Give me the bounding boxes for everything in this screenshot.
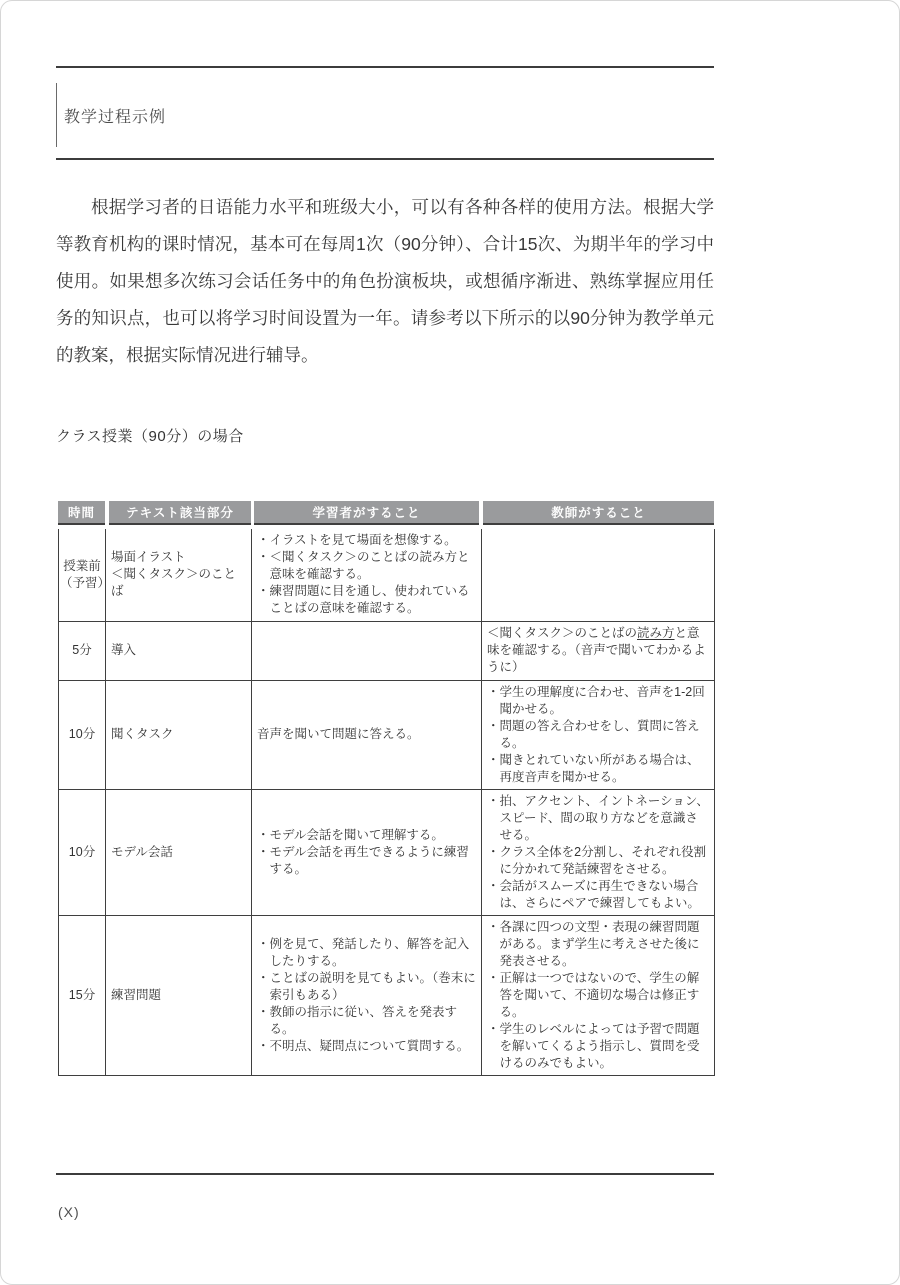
- table-row-practice-problems: 15分 練習問題 ・例を見て、発話したり、解答を記入したりする。・ことばの説明を…: [59, 915, 715, 1075]
- cell-teacher: ・拍、アクセント、イントネーション、スピード、間の取り方などを意識させる。・クラ…: [482, 789, 715, 915]
- title-under-rule: [56, 158, 714, 160]
- top-rule: [56, 66, 714, 68]
- cell-time: 10分: [59, 789, 106, 915]
- cell-teacher: ・各課に四つの文型・表現の練習問題がある。まず学生に考えさせた後に発表させる。・…: [482, 915, 715, 1075]
- cell-text-part: 練習問題: [106, 915, 252, 1075]
- cell-text-part: 場面イラスト＜聞くタスク＞のことば: [106, 529, 252, 621]
- cell-learner: ・イラストを見て場面を想像する。・＜聞くタスク＞のことばの読み方と意味を確認する…: [252, 529, 482, 621]
- footer-rule: [56, 1173, 714, 1175]
- cell-teacher: ・学生の理解度に合わせ、音声を1-2回聞かせる。・問題の答え合わせをし、質問に答…: [482, 680, 715, 789]
- cell-text-part: 導入: [106, 621, 252, 680]
- class-format-subtitle: クラス授業（90分）の場合: [56, 425, 244, 446]
- table-row-listening-task: 10分 聞くタスク 音声を聞いて問題に答える。 ・学生の理解度に合わせ、音声を1…: [59, 680, 715, 789]
- cell-text-part: 聞くタスク: [106, 680, 252, 789]
- table-header-row: 時間 テキスト該当部分 学習者がすること 教師がすること: [58, 501, 714, 525]
- cell-learner: 音声を聞いて問題に答える。: [252, 680, 482, 789]
- teacher-note-underlined: 読み方: [637, 626, 675, 640]
- table-row-intro: 5分 導入 ＜聞くタスク＞のことばの読み方と意味を確認する。（音声で聞いてわかる…: [59, 621, 715, 680]
- cell-learner-empty: [252, 621, 482, 680]
- cell-time: 5分: [59, 621, 106, 680]
- header-cell-time: 時間: [58, 501, 105, 525]
- cell-time: 授業前（予習）: [59, 529, 106, 621]
- page-title: 教学过程示例: [64, 104, 166, 127]
- page-frame: 教学过程示例 根据学习者的日语能力水平和班级大小，可以有各种各样的使用方法。根据…: [0, 0, 900, 1285]
- page-number: (X): [58, 1204, 80, 1220]
- cell-teacher-empty: [482, 529, 715, 621]
- cell-text-part: モデル会話: [106, 789, 252, 915]
- cell-learner: ・例を見て、発話したり、解答を記入したりする。・ことばの説明を見てもよい。（巻末…: [252, 915, 482, 1075]
- cell-teacher: ＜聞くタスク＞のことばの読み方と意味を確認する。（音声で聞いてわかるように）: [482, 621, 715, 680]
- schedule-table-body: 授業前（予習） 場面イラスト＜聞くタスク＞のことば ・イラストを見て場面を想像す…: [58, 529, 715, 1076]
- header-cell-teacher: 教師がすること: [483, 501, 714, 525]
- lesson-schedule-table: 時間 テキスト該当部分 学習者がすること 教師がすること 授業前（予習） 場面イ…: [58, 501, 714, 1076]
- cell-learner: ・モデル会話を聞いて理解する。・モデル会話を再生できるように練習する。: [252, 789, 482, 915]
- header-cell-text-part: テキスト該当部分: [109, 501, 251, 525]
- cell-time: 15分: [59, 915, 106, 1075]
- teacher-note-prefix: ＜聞くタスク＞のことばの: [487, 626, 637, 640]
- cell-time: 10分: [59, 680, 106, 789]
- header-cell-learner: 学習者がすること: [254, 501, 479, 525]
- table-row-preclass: 授業前（予習） 場面イラスト＜聞くタスク＞のことば ・イラストを見て場面を想像す…: [59, 529, 715, 621]
- section-title-block: 教学过程示例: [56, 83, 166, 147]
- table-row-model-dialogue: 10分 モデル会話 ・モデル会話を聞いて理解する。・モデル会話を再生できるように…: [59, 789, 715, 915]
- page-content: 教学过程示例 根据学习者的日语能力水平和班级大小，可以有各种各样的使用方法。根据…: [56, 1, 714, 1284]
- body-paragraph: 根据学习者的日语能力水平和班级大小，可以有各种各样的使用方法。根据大学等教育机构…: [56, 189, 714, 374]
